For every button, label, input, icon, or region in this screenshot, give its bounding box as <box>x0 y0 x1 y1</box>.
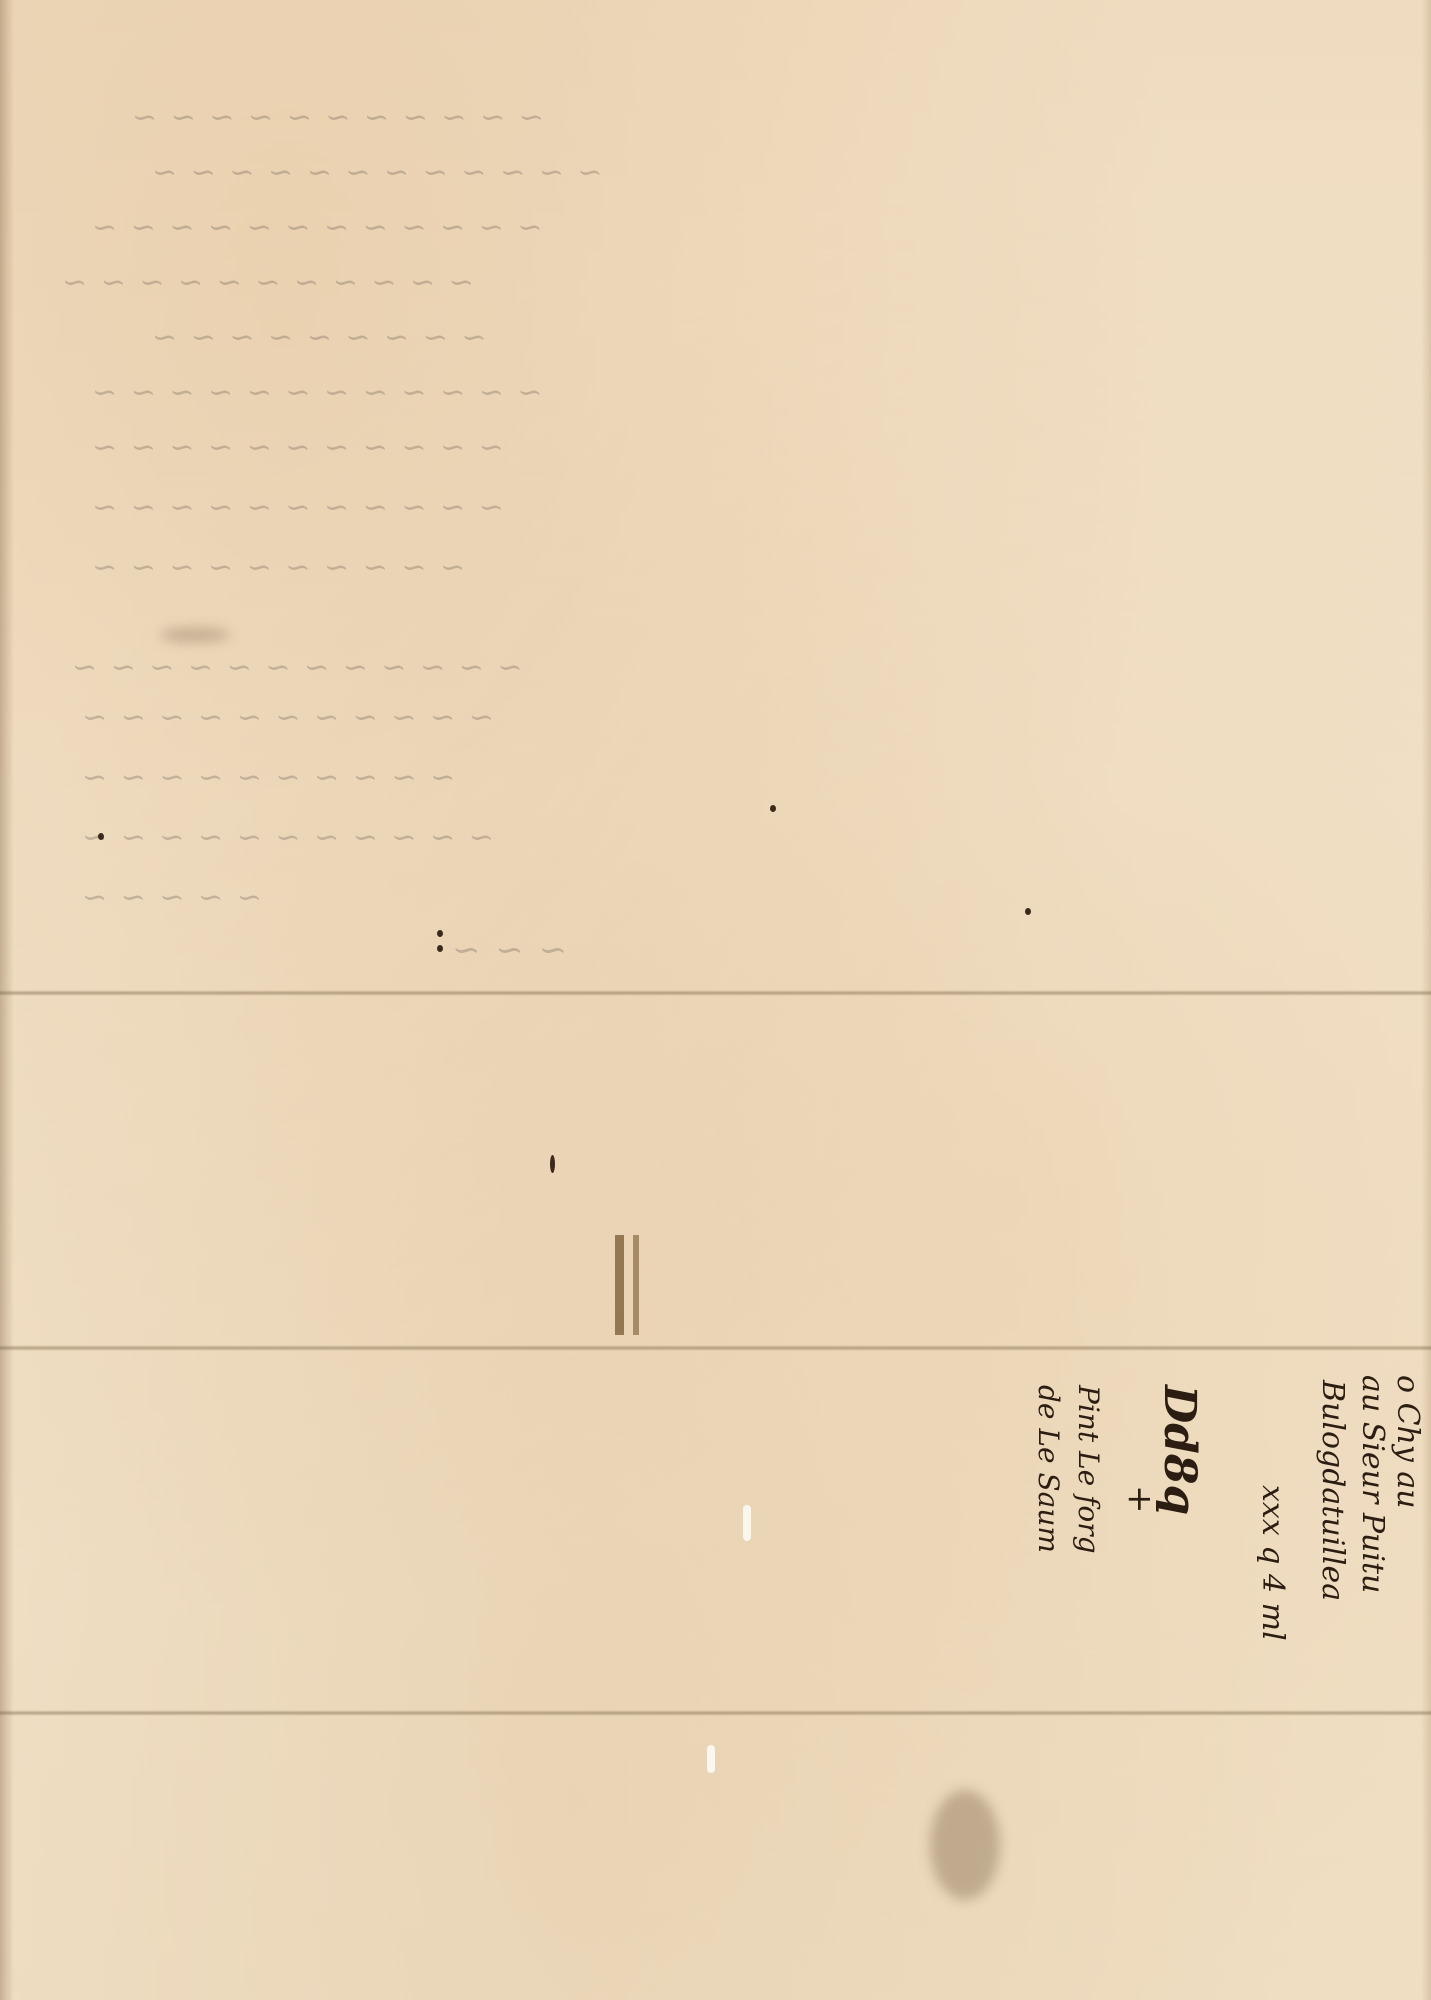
page-left-edge <box>0 0 14 2000</box>
endorsement-line: Pint Le forg <box>1072 1385 1105 1554</box>
bleed-through-line: ~ ~ ~ ~ ~ <box>80 880 262 915</box>
bleed-through-line: ~ ~ ~ ~ ~ ~ ~ ~ ~ ~ <box>80 760 455 795</box>
endorsement-line: Bulogdatuillea <box>1315 1380 1350 1601</box>
endorsement-line: + <box>1120 1485 1160 1514</box>
bleed-through-line: ~ ~ ~ ~ ~ ~ ~ ~ ~ ~ ~ ~ <box>90 210 543 245</box>
bleed-through-line: ~ ~ ~ ~ ~ ~ ~ ~ ~ ~ ~ <box>90 430 504 465</box>
paper-hole <box>707 1745 715 1773</box>
bleed-through-line: ~ ~ ~ ~ ~ ~ ~ ~ ~ ~ ~ ~ <box>150 155 603 190</box>
bleed-through-line: ~ ~ ~ ~ ~ ~ ~ ~ ~ ~ ~ <box>80 820 494 855</box>
endorsement-block: o Chy au au Sieur Puitu Bulogdatuillea x… <box>905 1375 1425 1715</box>
ink-spot <box>770 805 776 812</box>
ink-spot <box>1025 908 1031 915</box>
ink-spot <box>550 1155 555 1173</box>
bleed-through-line: ~ ~ ~ ~ ~ ~ ~ ~ ~ ~ ~ <box>90 490 504 525</box>
fold-line <box>0 1345 1431 1351</box>
ink-spot <box>437 930 443 937</box>
endorsement-line: de Le Saum <box>1032 1385 1065 1553</box>
bleed-through-line: ~ ~ ~ ~ ~ ~ ~ ~ ~ ~ <box>90 550 465 585</box>
bleed-through-line: ~ ~ ~ ~ ~ ~ ~ ~ ~ ~ ~ <box>60 265 474 300</box>
bleed-through-line: ~ ~ ~ ~ ~ ~ ~ ~ ~ ~ ~ <box>130 100 544 135</box>
bleed-through-line: ~ ~ ~ ~ ~ ~ ~ ~ ~ ~ ~ ~ <box>90 375 543 410</box>
endorsement-line: au Sieur Puitu <box>1355 1375 1390 1593</box>
ink-spot <box>437 945 443 952</box>
endorsement-line: o Chy au <box>1390 1375 1425 1509</box>
endorsement-line: xxx q 4 ml <box>1255 1485 1290 1641</box>
ink-spot <box>98 833 104 840</box>
bleed-through-line: ~ ~ ~ ~ ~ ~ ~ ~ ~ ~ ~ ~ <box>70 650 523 685</box>
fold-line <box>0 990 1431 996</box>
ink-stain <box>930 1790 1000 1900</box>
endorsement-line: Dd8q <box>1154 1385 1205 1515</box>
seal-residue <box>615 1235 645 1335</box>
manuscript-page: ~ ~ ~ ~ ~ ~ ~ ~ ~ ~ ~ ~ ~ ~ ~ ~ ~ ~ ~ ~ … <box>0 0 1431 2000</box>
bleed-through-line: ~ ~ ~ ~ ~ ~ ~ ~ ~ ~ ~ <box>80 700 494 735</box>
bleed-through-line: ~ ~ ~ ~ ~ ~ ~ ~ ~ <box>150 320 487 355</box>
bleed-through-signature: ~ ~ ~ <box>450 930 567 970</box>
paper-hole <box>743 1505 751 1541</box>
ink-stain <box>160 628 230 642</box>
